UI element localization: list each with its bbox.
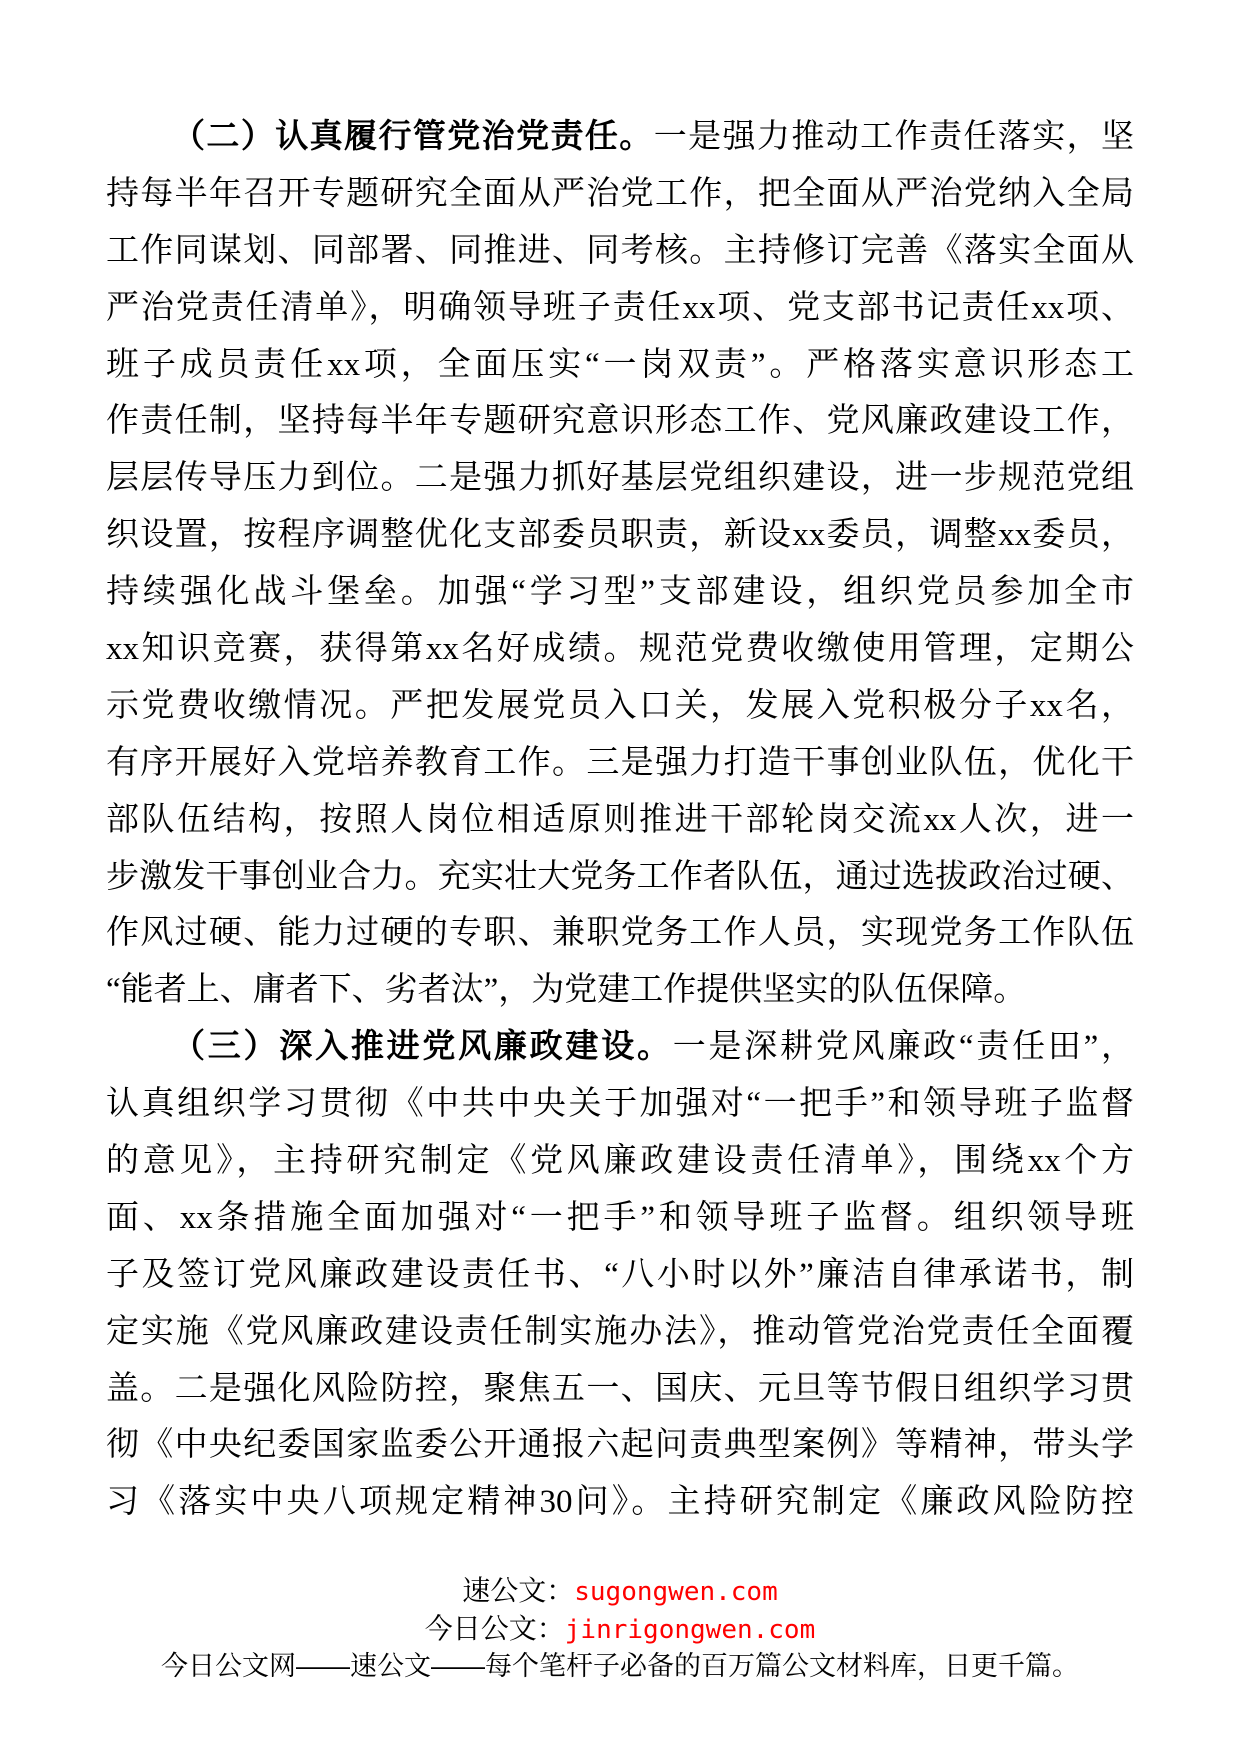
line-text: 有序开展好入党培养教育工作。三是强力打造干事创业队伍，优化干 [106, 745, 1134, 781]
text-line: 子及签订党风廉政建设责任书、“八小时以外”廉洁自律承诺书，制 [106, 1247, 1134, 1304]
line-text: 步激发干事创业合力。充实壮大党务工作者队伍，通过选拔政治过硬、 [106, 859, 1134, 895]
line-text: 持每半年召开专题研究全面从严治党工作，把全面从严治党纳入全局 [106, 176, 1134, 212]
text-line: 面、xx条措施全面加强对“一把手”和领导班子监督。组织领导班 [106, 1190, 1134, 1247]
text-line: 的意见》，主持研究制定《党风廉政建设责任清单》，围绕xx个方 [106, 1133, 1134, 1190]
line-text: 认真组织学习贯彻《中共中央关于加强对“一把手”和领导班子监督 [106, 1086, 1134, 1122]
line-text: 定实施《党风廉政建设责任制实施办法》，推动管党治党责任全面覆 [106, 1314, 1134, 1350]
line-text: 班子成员责任xx项，全面压实“一岗双责”。严格落实意识形态工 [106, 347, 1134, 383]
line-text: 面、xx条措施全面加强对“一把手”和领导班子监督。组织领导班 [106, 1200, 1134, 1236]
line-text: 一是强力推动工作责任落实，坚 [654, 119, 1134, 155]
footer-site-line-jinrigongwen: 今日公文：jinrigongwen.com [0, 1612, 1240, 1647]
text-line: 彻《中央纪委国家监委公开通报六起问责典型案例》等精神，带头学 [106, 1417, 1134, 1474]
document-page: （二）认真履行管党治党责任。一是强力推动工作责任落实，坚持每半年召开专题研究全面… [0, 0, 1240, 1754]
line-text: 工作同谋划、同部署、同推进、同考核。主持修订完善《落实全面从 [106, 233, 1134, 269]
footer-tagline: 今日公文网——速公文——每个笔杆子必备的百万篇公文材料库，日更千篇。 [0, 1650, 1240, 1682]
text-line: 持每半年召开专题研究全面从严治党工作，把全面从严治党纳入全局 [106, 166, 1134, 223]
text-line: 盖。二是强化风险防控，聚焦五一、国庆、元旦等节假日组织学习贯 [106, 1361, 1134, 1418]
text-line: 有序开展好入党培养教育工作。三是强力打造干事创业队伍，优化干 [106, 735, 1134, 792]
text-line: （二）认真履行管党治党责任。一是强力推动工作责任落实，坚 [106, 109, 1134, 166]
line-text: 作风过硬、能力过硬的专职、兼职党务工作人员，实现党务工作队伍 [106, 915, 1134, 951]
line-text: 持续强化战斗堡垒。加强“学习型”支部建设，组织党员参加全市 [106, 574, 1134, 610]
text-line: 严治党责任清单》，明确领导班子责任xx项、党支部书记责任xx项、 [106, 280, 1134, 337]
text-line: 习《落实中央八项规定精神30问》。主持研究制定《廉政风险防控 [106, 1474, 1134, 1531]
line-text: 盖。二是强化风险防控，聚焦五一、国庆、元旦等节假日组织学习贯 [106, 1371, 1134, 1407]
line-text: 部队伍结构，按照人岗位相适原则推进干部轮岗交流xx人次，进一 [106, 802, 1134, 838]
line-text: 示党费收缴情况。严把发展党员入口关，发展入党积极分子xx名， [106, 688, 1134, 724]
line-text: 习《落实中央八项规定精神30问》。主持研究制定《廉政风险防控 [106, 1484, 1134, 1520]
line-text: 彻《中央纪委国家监委公开通报六起问责典型案例》等精神，带头学 [106, 1427, 1134, 1463]
line-text: 作责任制，坚持每半年专题研究意识形态工作、党风廉政建设工作， [106, 403, 1134, 439]
text-line: 作责任制，坚持每半年专题研究意识形态工作、党风廉政建设工作， [106, 393, 1134, 450]
site-label: 速公文： [462, 1575, 574, 1606]
line-text: 子及签订党风廉政建设责任书、“八小时以外”廉洁自律承诺书，制 [106, 1257, 1134, 1293]
text-line: 示党费收缴情况。严把发展党员入口关，发展入党积极分子xx名， [106, 678, 1134, 735]
text-line: 班子成员责任xx项，全面压实“一岗双责”。严格落实意识形态工 [106, 337, 1134, 394]
text-line: 步激发干事创业合力。充实壮大党务工作者队伍，通过选拔政治过硬、 [106, 849, 1134, 906]
line-text: 层层传导压力到位。二是强力抓好基层党组织建设，进一步规范党组 [106, 460, 1134, 496]
text-line: 定实施《党风廉政建设责任制实施办法》，推动管党治党责任全面覆 [106, 1304, 1134, 1361]
text-line: 持续强化战斗堡垒。加强“学习型”支部建设，组织党员参加全市 [106, 564, 1134, 621]
line-text: 严治党责任清单》，明确领导班子责任xx项、党支部书记责任xx项、 [106, 290, 1134, 326]
text-line: （三）深入推进党风廉政建设。一是深耕党风廉政“责任田”， [106, 1019, 1134, 1076]
site-domain: jinrigongwen.com [565, 1615, 815, 1645]
section-heading: （二）认真履行管党治党责任。 [172, 119, 654, 155]
text-line: “能者上、庸者下、劣者汰”，为党建工作提供坚实的队伍保障。 [106, 962, 1134, 1019]
text-line: 工作同谋划、同部署、同推进、同考核。主持修订完善《落实全面从 [106, 223, 1134, 280]
line-text: “能者上、庸者下、劣者汰”，为党建工作提供坚实的队伍保障。 [106, 972, 1026, 1008]
line-text: 的意见》，主持研究制定《党风廉政建设责任清单》，围绕xx个方 [106, 1143, 1134, 1179]
site-label: 今日公文： [425, 1613, 565, 1644]
section-heading: （三）深入推进党风廉政建设。 [172, 1029, 673, 1065]
text-line: 织设置，按程序调整优化支部委员职责，新设xx委员，调整xx委员， [106, 507, 1134, 564]
text-line: 层层传导压力到位。二是强力抓好基层党组织建设，进一步规范党组 [106, 450, 1134, 507]
site-domain: sugongwen.com [574, 1577, 778, 1607]
footer-site-line-sugongwen: 速公文：sugongwen.com [0, 1574, 1240, 1609]
text-line: 作风过硬、能力过硬的专职、兼职党务工作人员，实现党务工作队伍 [106, 905, 1134, 962]
document-body: （二）认真履行管党治党责任。一是强力推动工作责任落实，坚持每半年召开专题研究全面… [106, 109, 1134, 1531]
line-text: xx知识竞赛，获得第xx名好成绩。规范党费收缴使用管理，定期公 [106, 631, 1134, 667]
text-line: xx知识竞赛，获得第xx名好成绩。规范党费收缴使用管理，定期公 [106, 621, 1134, 678]
text-line: 部队伍结构，按照人岗位相适原则推进干部轮岗交流xx人次，进一 [106, 792, 1134, 849]
text-line: 认真组织学习贯彻《中共中央关于加强对“一把手”和领导班子监督 [106, 1076, 1134, 1133]
line-text: 一是深耕党风廉政“责任田”， [673, 1029, 1134, 1065]
line-text: 织设置，按程序调整优化支部委员职责，新设xx委员，调整xx委员， [106, 517, 1134, 553]
